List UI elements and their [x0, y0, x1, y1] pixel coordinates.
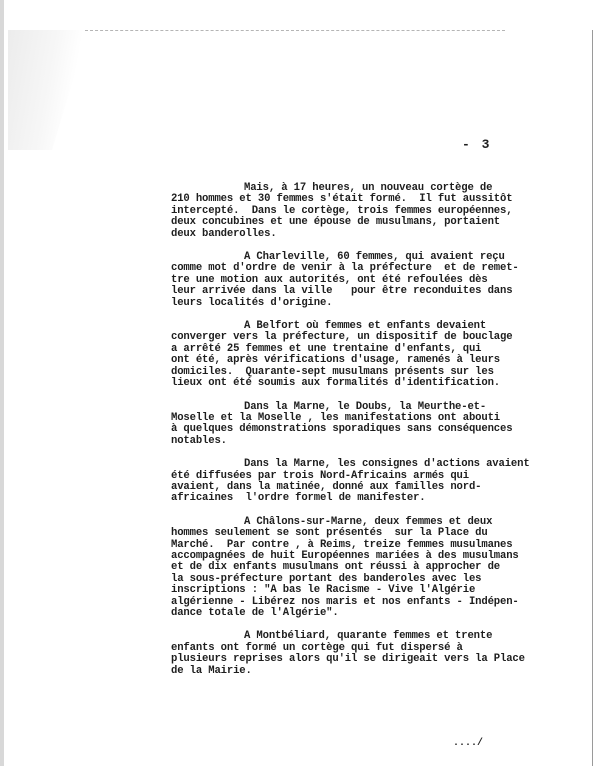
text-line: ont été, après vérifications d'usage, ra…: [171, 355, 591, 366]
text-line: deux banderolles.: [171, 229, 591, 240]
text-line: leurs localités d'origine.: [171, 298, 591, 309]
text-line: hommes seulement se sont présentés sur l…: [171, 528, 591, 539]
text-line: inscriptions : "A bas le Racisme - Vive …: [171, 585, 591, 596]
text-line: plusieurs reprises alors qu'il se dirige…: [171, 654, 591, 665]
text-line: Dans la Marne, les consignes d'actions a…: [171, 459, 591, 470]
scan-shadow: [8, 30, 88, 150]
page-number: - 3: [462, 137, 491, 152]
scan-top-edge: [85, 30, 505, 32]
text-line: africaines l'ordre formel de manifester.: [171, 493, 591, 504]
paragraph-regions: Dans la Marne, le Doubs, la Meurthe-et- …: [171, 402, 591, 448]
text-line: lieux ont été soumis aux formalités d'id…: [171, 378, 591, 389]
paragraph-chalons: A Châlons-sur-Marne, deux femmes et deux…: [171, 517, 591, 620]
text-line: notables.: [171, 436, 591, 447]
document-body: Mais, à 17 heures, un nouveau cortège de…: [171, 183, 591, 689]
paragraph-belfort: A Belfort où femmes et enfants devaient …: [171, 321, 591, 389]
scan-left-edge: [0, 0, 4, 766]
scan-right-edge: [592, 30, 593, 766]
continuation-mark: ..../: [453, 738, 483, 749]
paragraph-mais: Mais, à 17 heures, un nouveau cortège de…: [171, 183, 591, 240]
paragraph-charleville: A Charleville, 60 femmes, qui avaient re…: [171, 252, 591, 309]
text-line: dance totale de l'Algérie".: [171, 608, 591, 619]
text-line: de la Mairie.: [171, 666, 591, 677]
text-line: deux concubines et une épouse de musulma…: [171, 217, 591, 228]
text-line: à quelques démonstrations sporadiques sa…: [171, 424, 591, 435]
paragraph-montbeliard: A Montbéliard, quarante femmes et trente…: [171, 631, 591, 677]
paragraph-marne: Dans la Marne, les consignes d'actions a…: [171, 459, 591, 505]
text-line: leur arrivée dans la ville pour être rec…: [171, 286, 591, 297]
